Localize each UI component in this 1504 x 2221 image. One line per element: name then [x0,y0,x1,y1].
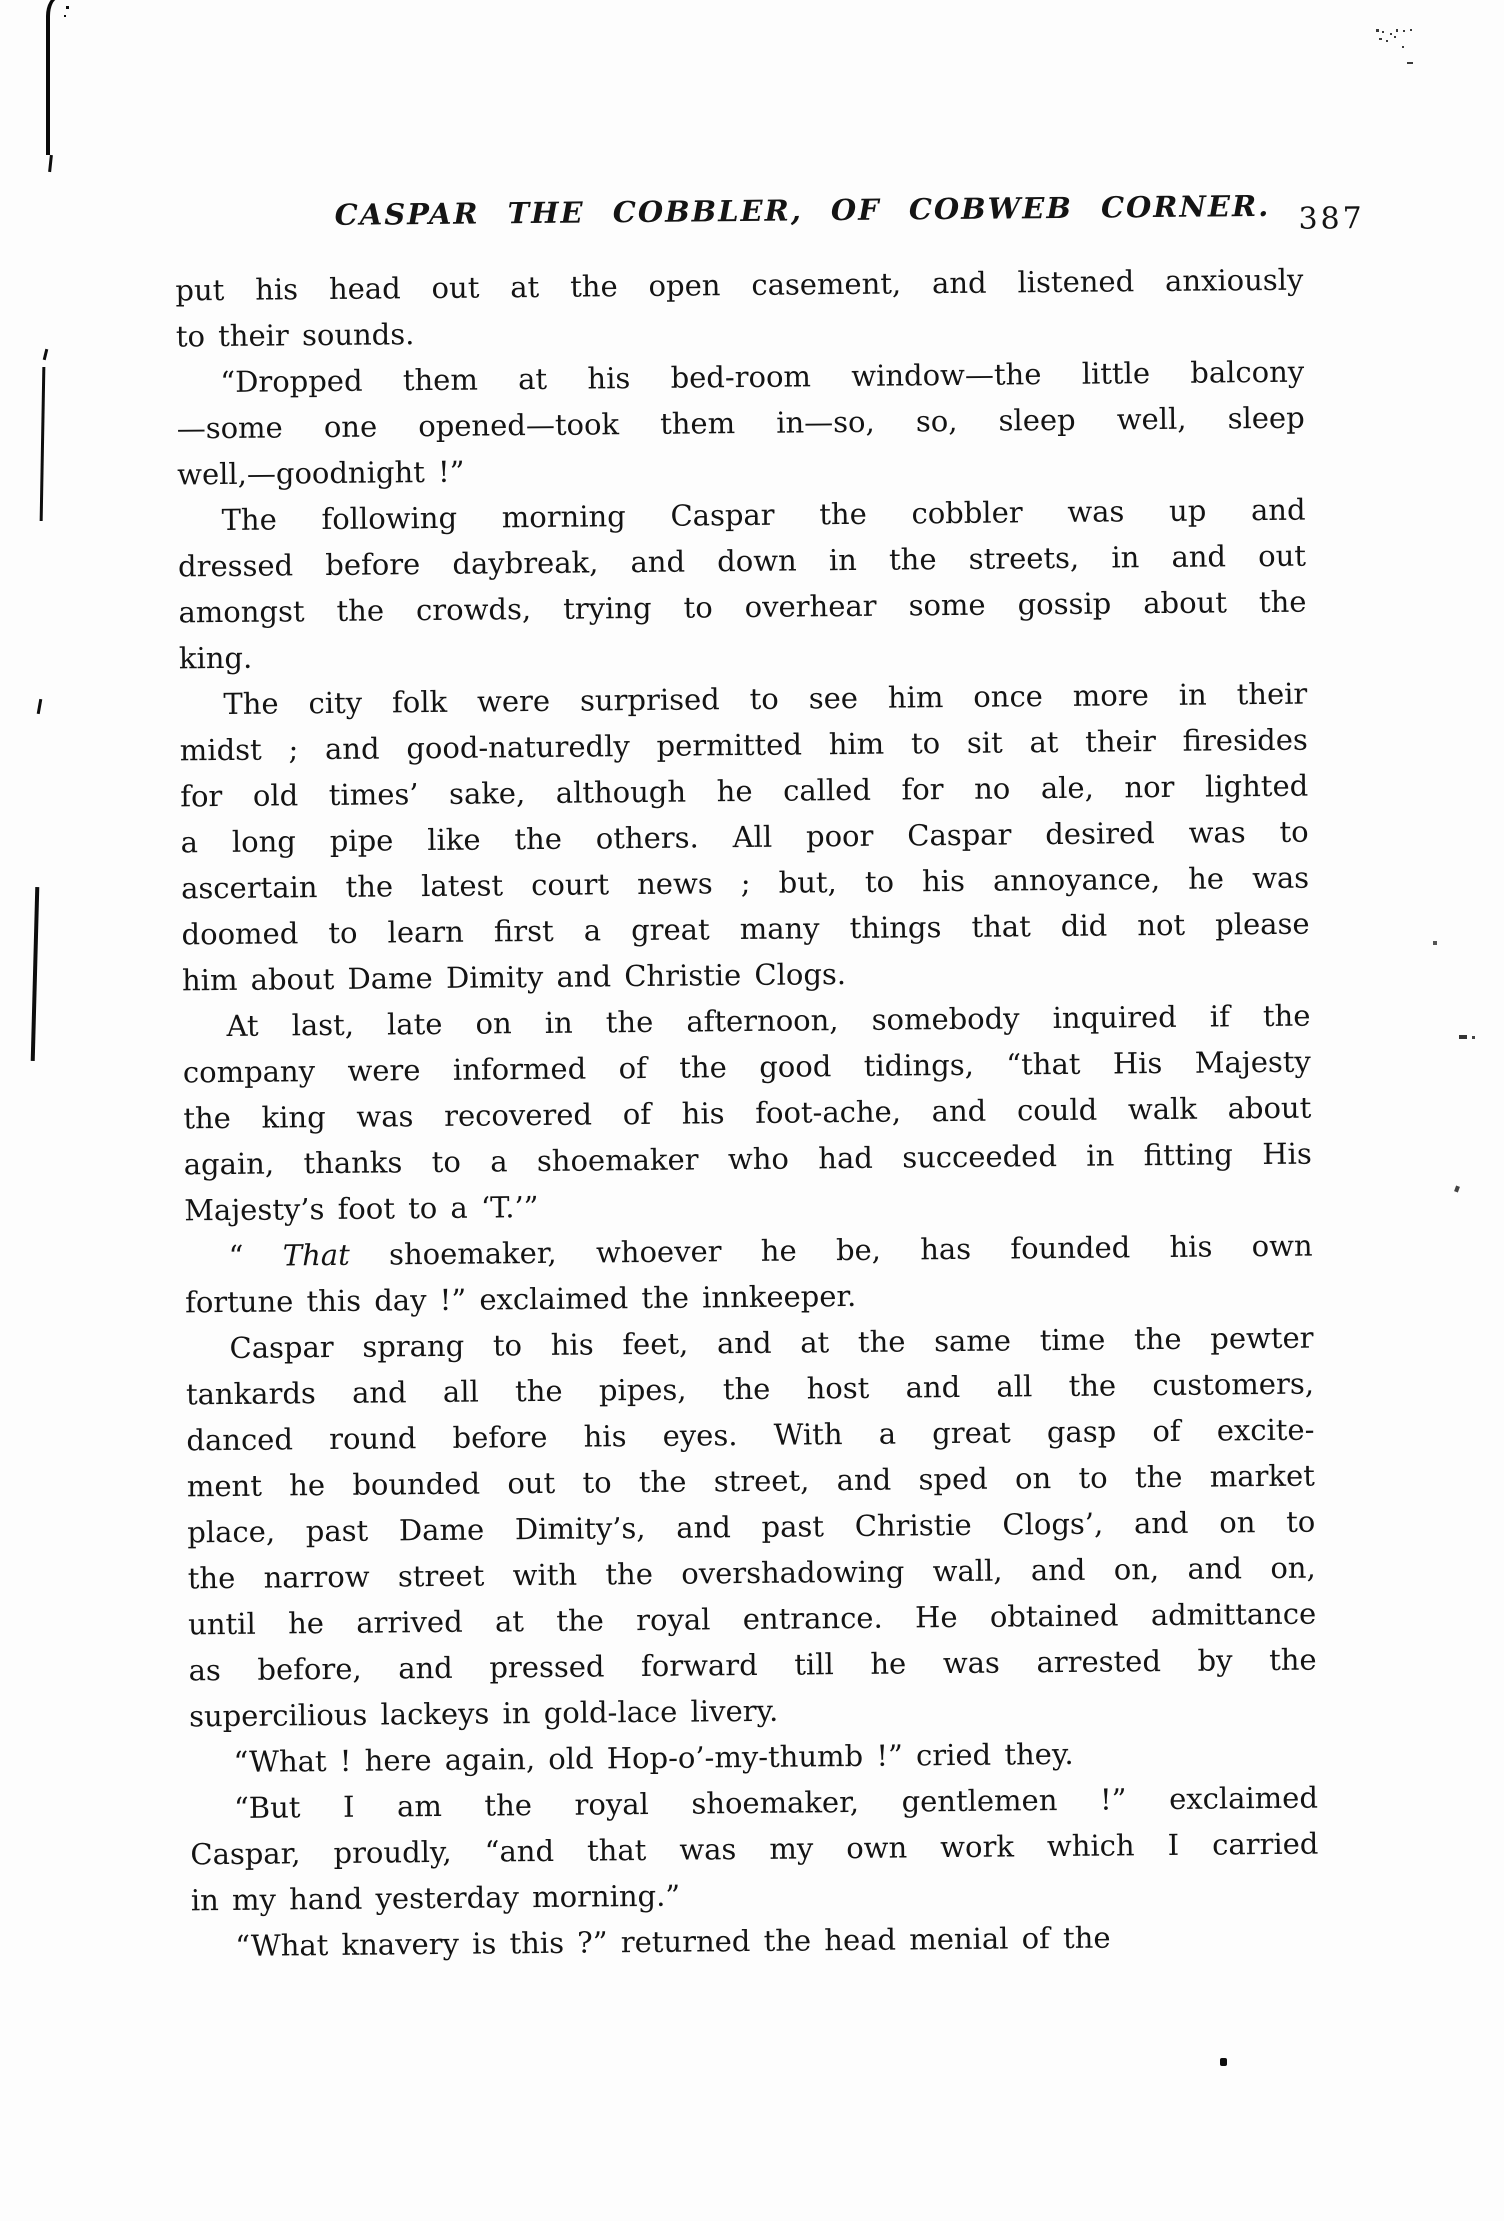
page-number: 387 [1298,201,1365,237]
paragraph: The city folk were surprised to see him … [179,671,1310,1004]
paragraph: At last, late on in the afternoon, someb… [182,993,1312,1234]
paragraph: The following morning Caspar the cobbler… [177,487,1307,682]
scan-speckle [1410,29,1412,31]
scan-speckle [1376,29,1379,32]
scan-speckle [1394,36,1396,38]
scan-speckle [66,6,69,9]
page-header: CASPAR THE COBBLER, OF COBWEB CORNER. 38… [335,188,1365,240]
text-line: “What knavery is this ?” returned the he… [191,1913,1319,1970]
scan-speckle [1386,40,1388,42]
scanned-book-page: CASPAR THE COBBLER, OF COBWEB CORNER. 38… [0,0,1504,2221]
scan-speckle [64,15,66,17]
scan-speckle [1382,31,1384,33]
scan-speckle [1396,29,1398,32]
paragraph: “What knavery is this ?” returned the he… [191,1913,1319,1970]
scan-artifact-dot [1220,2058,1227,2066]
scan-artifact-line [31,887,40,1061]
page-body: put his head out at the open casement, a… [175,257,1319,1970]
scan-speckle [1407,62,1413,64]
paragraph: Caspar sprang to his feet, and at the sa… [185,1315,1317,1740]
scan-artifact-bracket [46,0,68,155]
scan-artifact-tick [43,349,49,360]
scan-speckle [1379,38,1382,40]
scan-artifact-tick [1454,1185,1460,1192]
scan-speckle [1390,33,1392,35]
scan-speckle [1472,1036,1475,1039]
paragraph: put his head out at the open casement, a… [175,257,1304,360]
paragraph: “ That shoemaker, whoever he be, has fou… [184,1223,1313,1326]
running-title: CASPAR THE COBBLER, OF COBWEB CORNER. [335,189,1271,232]
paragraph: “Dropped them at his bed-room window—the… [176,349,1305,498]
scan-speckle [1433,941,1437,945]
paragraph: “But I am the royal shoemaker, gentlemen… [190,1775,1319,1924]
scan-artifact-tick [37,699,43,714]
page-content: CASPAR THE COBBLER, OF COBWEB CORNER. 38… [175,189,1320,1970]
scan-speckle [1459,1035,1467,1039]
scan-artifact-line [40,367,46,521]
scan-speckle [1402,46,1404,48]
scan-artifact-tick [48,155,53,172]
scan-speckle [1403,30,1405,32]
